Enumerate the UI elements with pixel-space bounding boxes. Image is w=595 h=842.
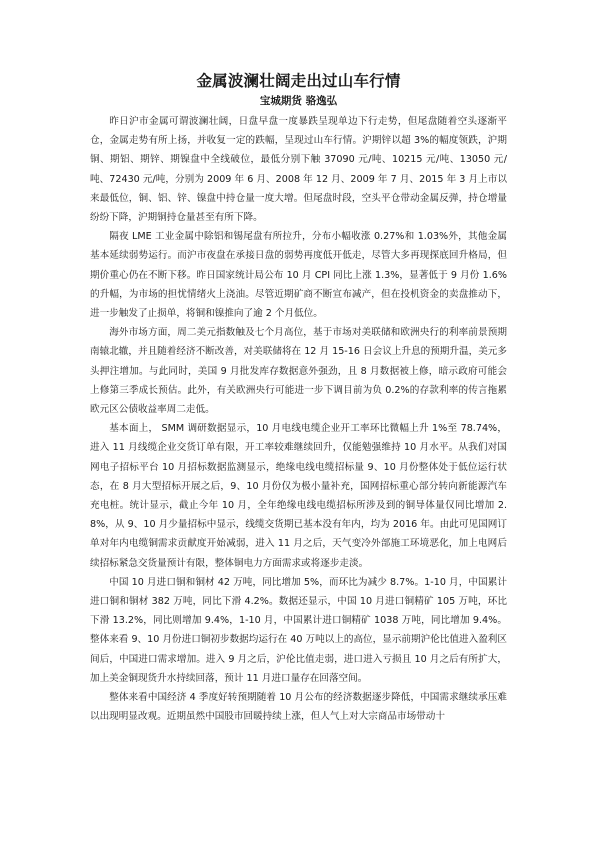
paragraph-market-overview: 昨日沪市金属可谓波澜壮阔，日盘早盘一度暴跌呈现单边下行走势，但尾盘随着空头逐渐平… [90, 112, 507, 227]
paragraph-outlook: 整体来看中国经济 4 季度好转预期随着 10 月公布的经济数据逐步降低，中国需求… [90, 688, 507, 726]
paragraph-imports: 中国 10 月进口铜和铜材 42 万吨，同比增加 5%，而环比为减少 8.7%。… [90, 573, 507, 688]
document-author: 宝城期货 骆逸弘 [90, 93, 507, 109]
paragraph-fundamentals: 基本面上， SMM 调研数据显示，10 月电线电缆企业开工率环比微幅上升 1%至… [90, 419, 507, 573]
paragraph-overseas-market: 海外市场方面，周二美元指数触及七个月高位，基于市场对美联储和欧洲央行的利率前景预… [90, 323, 507, 419]
document-title: 金属波澜壮阔走出过山车行情 [90, 70, 507, 92]
paragraph-lme-overnight: 隔夜 LME 工业金属中除铝和锡尾盘有所拉升，分布小幅收涨 0.27%和 1.0… [90, 227, 507, 323]
document-page: 金属波澜壮阔走出过山车行情 宝城期货 骆逸弘 昨日沪市金属可谓波澜壮阔，日盘早盘… [90, 70, 507, 727]
